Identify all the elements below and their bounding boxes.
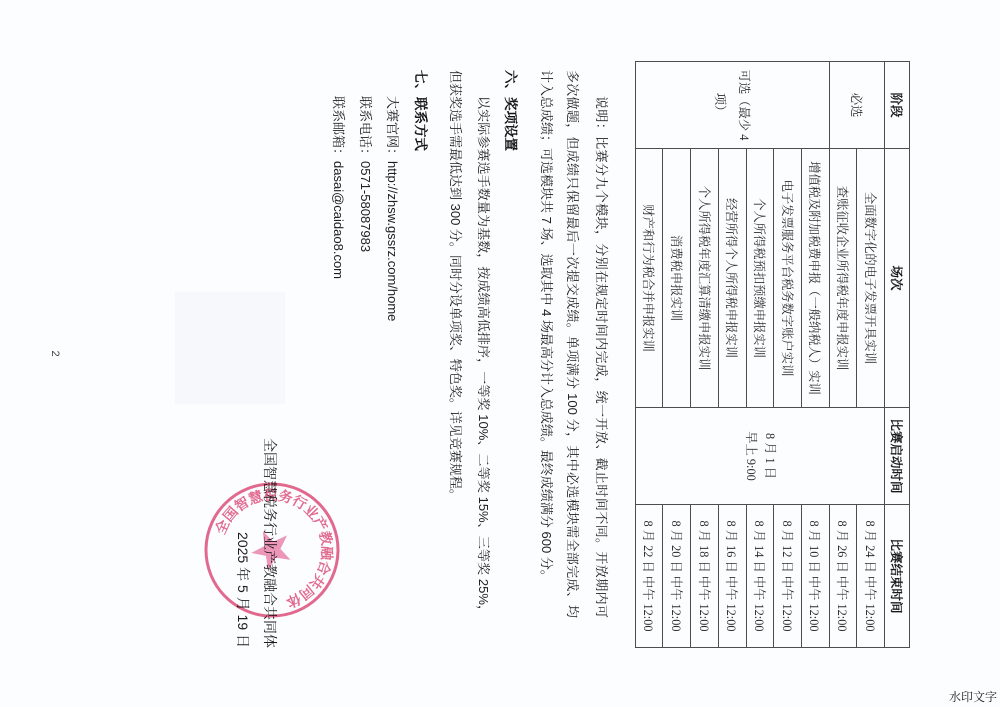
session-cell: 增值税及附加税费申报（一般纳税人）实训 bbox=[801, 149, 829, 408]
session-cell: 查账征收企业所得税年度申报实训 bbox=[829, 149, 857, 408]
session-cell: 财产和行为税合并申报实训 bbox=[635, 149, 663, 408]
contact-heading: 七、联系方式 bbox=[410, 70, 430, 618]
contact-label: 联系电话： bbox=[358, 96, 373, 161]
table-row: 经营所得个人所得税申报实训 8 月 16 日 中午 12:00 bbox=[718, 62, 746, 648]
end-time-cell: 8 月 12 日 中午 12:00 bbox=[774, 505, 802, 648]
end-time-cell: 8 月 24 日 中午 12:00 bbox=[857, 505, 885, 648]
table-row: 消费税申报实训 8 月 20 日 中午 12:00 bbox=[663, 62, 691, 648]
start-time-cell: 8 月 1 日 早上 9:00 bbox=[635, 408, 884, 505]
table-row: 财产和行为税合并申报实训 8 月 22 日 中午 12:00 bbox=[635, 62, 663, 648]
phase-required-cell: 必选 bbox=[829, 62, 884, 149]
contact-phone: 联系电话：0571-58087983 bbox=[355, 70, 375, 618]
session-cell: 消费税申报实训 bbox=[663, 149, 691, 408]
header-session: 场次 bbox=[885, 149, 910, 408]
phase-optional-line: 项） bbox=[708, 62, 732, 148]
email-address: dasai@caidao8.com bbox=[331, 161, 346, 279]
table-row: 可选（最少 4 项） 增值税及附加税费申报（一般纳税人）实训 8 月 10 日 … bbox=[801, 62, 829, 648]
header-start-time: 比赛启动时间 bbox=[885, 408, 910, 505]
page-number: 2 bbox=[45, 0, 65, 707]
session-cell: 个人所得税预扣预缴申报实训 bbox=[746, 149, 774, 408]
end-time-cell: 8 月 18 日 中午 12:00 bbox=[691, 505, 719, 648]
table-row: 个人所得税年度汇算清缴申报实训 8 月 18 日 中午 12:00 bbox=[691, 62, 719, 648]
website-url: http://zhsw.gssrz.com/home bbox=[385, 161, 400, 321]
table-row: 查账征收企业所得税年度申报实训 8 月 26 日 中午 12:00 bbox=[829, 62, 857, 648]
session-cell: 经营所得个人所得税申报实训 bbox=[718, 149, 746, 408]
scanned-page: 阶段 场次 比赛启动时间 比赛结束时间 必选 全面数字化的电子发票开具实训 8 … bbox=[0, 0, 1000, 707]
awards-line: 以实际参赛选手数量为基数，按成绩高低排序，一等奖 10%、二等奖 15%、三等奖… bbox=[473, 70, 493, 618]
note-line: 多次做题，但成绩只保留最后一次提交成绩。单项满分 100 分，其中必选模块需全部… bbox=[562, 70, 582, 618]
schedule-table: 阶段 场次 比赛启动时间 比赛结束时间 必选 全面数字化的电子发票开具实训 8 … bbox=[635, 61, 910, 648]
contact-label: 联系邮箱： bbox=[331, 96, 346, 161]
start-date: 8 月 1 日 bbox=[760, 408, 779, 504]
end-time-cell: 8 月 22 日 中午 12:00 bbox=[635, 505, 663, 648]
note-line: 计入总成绩；可选模块共 7 场、选取其中 4 场最高分计入总成绩。最终成绩满分 … bbox=[536, 70, 556, 618]
star-icon bbox=[246, 521, 301, 576]
awards-line: 但获奖选手需最低达到 300 分。同时分设单项奖、特色奖。详见竞赛规程。 bbox=[445, 70, 465, 618]
contact-label: 大赛官网： bbox=[385, 96, 400, 161]
session-cell: 个人所得税年度汇算清缴申报实训 bbox=[691, 149, 719, 408]
end-time-cell: 8 月 20 日 中午 12:00 bbox=[663, 505, 691, 648]
phone-number: 0571-58087983 bbox=[358, 161, 373, 252]
table-row: 电子发票服务平台税务数字账户实训 8 月 12 日 中午 12:00 bbox=[774, 62, 802, 648]
phase-optional-line: 可选（最少 4 bbox=[732, 62, 756, 148]
watermark-label: 水印文字 bbox=[949, 689, 997, 705]
start-clock: 早上 9:00 bbox=[741, 408, 760, 504]
session-cell: 电子发票服务平台税务数字账户实训 bbox=[774, 149, 802, 408]
end-time-cell: 8 月 26 日 中午 12:00 bbox=[829, 505, 857, 648]
header-end-time: 比赛结束时间 bbox=[885, 505, 910, 648]
phase-optional-cell: 可选（最少 4 项） bbox=[635, 62, 829, 149]
end-time-cell: 8 月 16 日 中午 12:00 bbox=[718, 505, 746, 648]
end-time-cell: 8 月 14 日 中午 12:00 bbox=[746, 505, 774, 648]
contact-website: 大赛官网：http://zhsw.gssrz.com/home bbox=[382, 70, 402, 618]
table-header-row: 阶段 场次 比赛启动时间 比赛结束时间 bbox=[885, 62, 910, 648]
awards-heading: 六、奖项设置 bbox=[500, 70, 520, 618]
note-line: 说明：比赛分九个模块，分别在规定时间内完成，统一开放、截止时间不同。开放期内可 bbox=[591, 70, 611, 618]
official-seal-icon: 全国智慧税务行业产教融合共同体 bbox=[192, 470, 352, 630]
table-row: 个人所得税预扣预缴申报实训 8 月 14 日 中午 12:00 bbox=[746, 62, 774, 648]
table-row: 必选 全面数字化的电子发票开具实训 8 月 1 日 早上 9:00 8 月 24… bbox=[857, 62, 885, 648]
session-cell: 全面数字化的电子发票开具实训 bbox=[857, 149, 885, 408]
end-time-cell: 8 月 10 日 中午 12:00 bbox=[801, 505, 829, 648]
header-phase: 阶段 bbox=[885, 62, 910, 149]
